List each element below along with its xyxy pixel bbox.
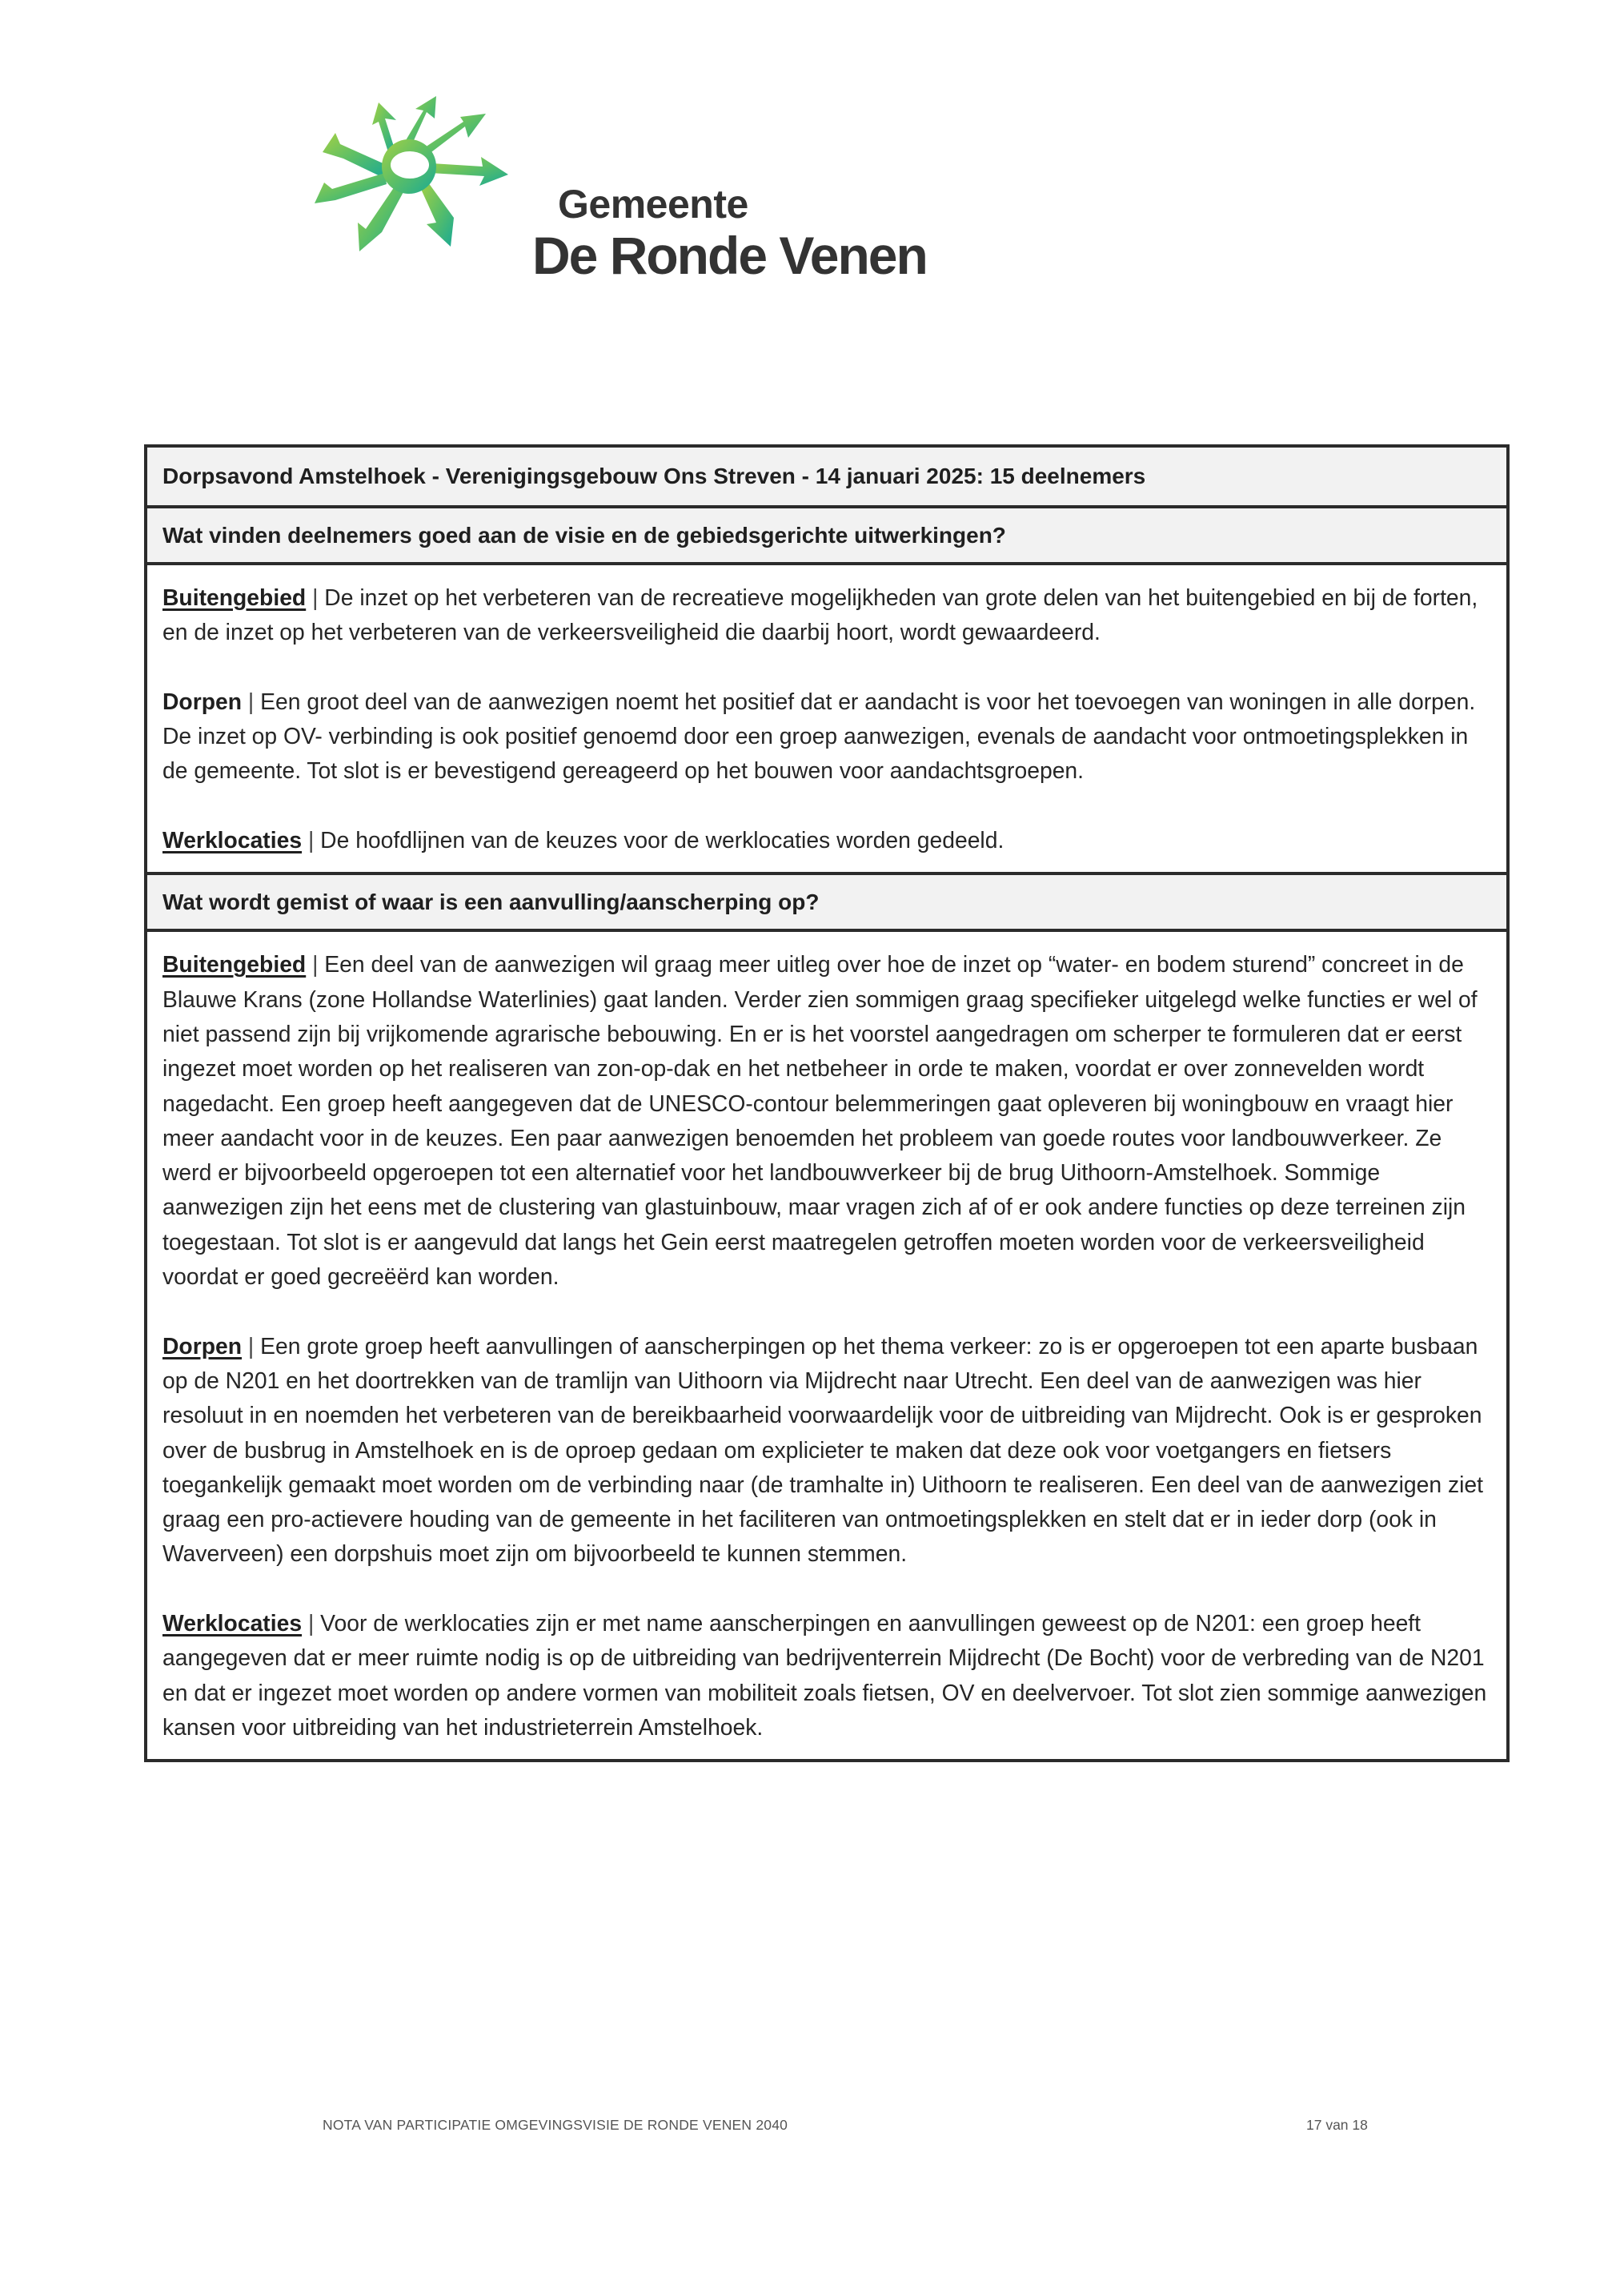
theme-term: Dorpen: [162, 689, 242, 714]
answer-paragraph-dorpen: Dorpen | Een grote groep heeft aanvullin…: [162, 1329, 1491, 1572]
footer-page-number: 17 van 18: [1306, 2117, 1368, 2134]
participation-summary-table: Dorpsavond Amstelhoek - Verenigingsgebou…: [144, 444, 1510, 1762]
theme-term: Werklocaties: [162, 1610, 302, 1636]
answer-text: Voor de werklocaties zijn er met name aa…: [162, 1610, 1486, 1740]
separator: |: [242, 1333, 260, 1359]
separator: |: [306, 584, 324, 610]
section-question-row: Wat vinden deelnemers goed aan de visie …: [147, 505, 1506, 562]
section-answer-row: Buitengebied | Een deel van de aanwezige…: [147, 929, 1506, 1759]
answer-paragraph-werklocaties: Werklocaties | Voor de werklocaties zijn…: [162, 1606, 1491, 1745]
separator: |: [306, 951, 324, 977]
answer-text: De hoofdlijnen van de keuzes voor de wer…: [320, 827, 1004, 853]
answer-paragraph-werklocaties: Werklocaties | De hoofdlijnen van de keu…: [162, 823, 1491, 857]
separator: |: [302, 827, 320, 853]
theme-term: Dorpen: [162, 1333, 242, 1359]
answer-paragraph-buitengebied: Buitengebied | Een deel van de aanwezige…: [162, 947, 1491, 1294]
logo-text-municipality-name: De Ronde Venen: [532, 225, 927, 286]
star-arrows-logo-icon: [308, 94, 532, 255]
section-question-row: Wat wordt gemist of waar is een aanvulli…: [147, 872, 1506, 929]
theme-term: Buitengebied: [162, 584, 306, 610]
answer-text: De inzet op het verbeteren van de recrea…: [162, 584, 1478, 645]
theme-term: Werklocaties: [162, 827, 302, 853]
section-question: Wat vinden deelnemers goed aan de visie …: [162, 523, 1006, 548]
separator: |: [302, 1610, 320, 1636]
answer-text: Een groot deel van de aanwezigen noemt h…: [162, 689, 1475, 784]
answer-text: Een deel van de aanwezigen wil graag mee…: [162, 951, 1478, 1289]
section-question: Wat wordt gemist of waar is een aanvulli…: [162, 890, 819, 915]
separator: |: [242, 689, 260, 714]
logo-text-gemeente: Gemeente: [558, 181, 748, 227]
section-answer-row: Buitengebied | De inzet op het verbetere…: [147, 562, 1506, 872]
table-title-row: Dorpsavond Amstelhoek - Verenigingsgebou…: [147, 448, 1506, 505]
table-title: Dorpsavond Amstelhoek - Verenigingsgebou…: [162, 464, 1145, 489]
answer-paragraph-dorpen: Dorpen | Een groot deel van de aanwezige…: [162, 685, 1491, 789]
municipality-logo: Gemeente De Ronde Venen: [308, 94, 932, 295]
answer-paragraph-buitengebied: Buitengebied | De inzet op het verbetere…: [162, 580, 1491, 650]
footer-document-title: NOTA VAN PARTICIPATIE OMGEVINGSVISIE DE …: [323, 2117, 788, 2134]
theme-term: Buitengebied: [162, 951, 306, 977]
answer-text: Een grote groep heeft aanvullingen of aa…: [162, 1333, 1483, 1567]
